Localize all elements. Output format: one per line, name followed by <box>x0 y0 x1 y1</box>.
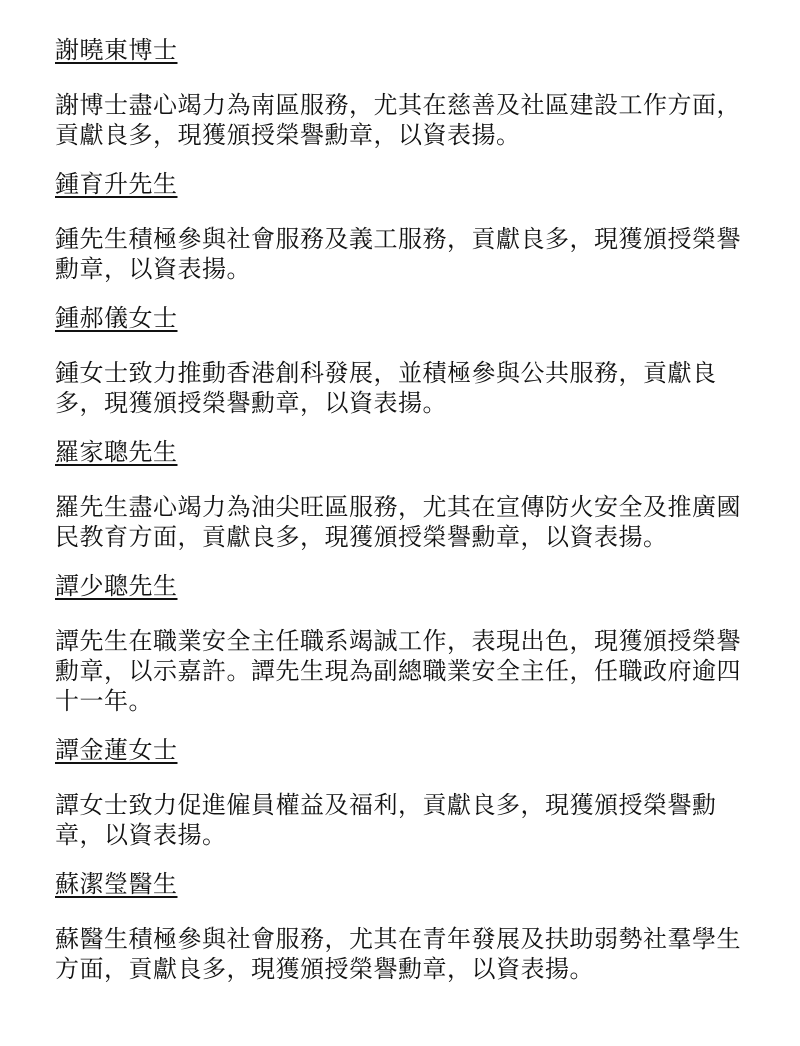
citation-line: 蘇醫生積極參與社會服務，尤其在青年發展及扶助弱勢社羣學生 <box>55 925 746 955</box>
citation-paragraph: 鍾先生積極參與社會服務及義工服務，貢獻良多，現獲頒授榮譽 勳章，以資表揚。 <box>55 225 746 285</box>
citation-line: 貢獻良多，現獲頒授榮譽勳章，以資表揚。 <box>55 121 746 151</box>
honouree-entry: 譚少聰先生 譚先生在職業安全主任職系竭誠工作，表現出色，現獲頒授榮譽 勳章，以示… <box>55 572 746 717</box>
citation-line: 方面，貢獻良多，現獲頒授榮譽勳章，以資表揚。 <box>55 955 746 985</box>
citation-paragraph: 謝博士盡心竭力為南區服務，尤其在慈善及社區建設工作方面， 貢獻良多，現獲頒授榮譽… <box>55 91 746 151</box>
citation-line: 譚先生在職業安全主任職系竭誠工作，表現出色，現獲頒授榮譽 <box>55 627 746 657</box>
honouree-entry: 譚金蓮女士 譚女士致力促進僱員權益及福利，貢獻良多，現獲頒授榮譽勳 章，以資表揚… <box>55 736 746 851</box>
citation-line: 譚女士致力促進僱員權益及福利，貢獻良多，現獲頒授榮譽勳 <box>55 791 746 821</box>
citation-line: 勳章，以資表揚。 <box>55 255 746 285</box>
citation-line: 勳章，以示嘉許。譚先生現為副總職業安全主任，任職政府逾四 <box>55 657 746 687</box>
honouree-name: 蘇潔瑩醫生 <box>55 870 746 900</box>
citation-paragraph: 譚女士致力促進僱員權益及福利，貢獻良多，現獲頒授榮譽勳 章，以資表揚。 <box>55 791 746 851</box>
honouree-name: 鍾郝儀女士 <box>55 304 746 334</box>
honouree-name: 羅家聰先生 <box>55 438 746 468</box>
honouree-entry: 蘇潔瑩醫生 蘇醫生積極參與社會服務，尤其在青年發展及扶助弱勢社羣學生 方面，貢獻… <box>55 870 746 985</box>
honouree-entry: 鍾育升先生 鍾先生積極參與社會服務及義工服務，貢獻良多，現獲頒授榮譽 勳章，以資… <box>55 170 746 285</box>
document-page: 謝曉東博士 謝博士盡心竭力為南區服務，尤其在慈善及社區建設工作方面， 貢獻良多，… <box>0 0 800 1046</box>
honouree-entry: 鍾郝儀女士 鍾女士致力推動香港創科發展，並積極參與公共服務，貢獻良 多，現獲頒授… <box>55 304 746 419</box>
honouree-name: 譚少聰先生 <box>55 572 746 602</box>
citation-paragraph: 羅先生盡心竭力為油尖旺區服務，尤其在宣傳防火安全及推廣國 民教育方面，貢獻良多，… <box>55 493 746 553</box>
honouree-entry: 謝曉東博士 謝博士盡心竭力為南區服務，尤其在慈善及社區建設工作方面， 貢獻良多，… <box>55 36 746 151</box>
citation-line: 十一年。 <box>55 687 746 717</box>
citation-line: 章，以資表揚。 <box>55 821 746 851</box>
citation-line: 鍾女士致力推動香港創科發展，並積極參與公共服務，貢獻良 <box>55 359 746 389</box>
citation-line: 謝博士盡心竭力為南區服務，尤其在慈善及社區建設工作方面， <box>55 91 746 121</box>
citation-paragraph: 鍾女士致力推動香港創科發展，並積極參與公共服務，貢獻良 多，現獲頒授榮譽勳章，以… <box>55 359 746 419</box>
citation-line: 羅先生盡心竭力為油尖旺區服務，尤其在宣傳防火安全及推廣國 <box>55 493 746 523</box>
honouree-name: 謝曉東博士 <box>55 36 746 66</box>
citation-paragraph: 譚先生在職業安全主任職系竭誠工作，表現出色，現獲頒授榮譽 勳章，以示嘉許。譚先生… <box>55 627 746 717</box>
honouree-name: 譚金蓮女士 <box>55 736 746 766</box>
citation-line: 民教育方面，貢獻良多，現獲頒授榮譽勳章，以資表揚。 <box>55 523 746 553</box>
citation-paragraph: 蘇醫生積極參與社會服務，尤其在青年發展及扶助弱勢社羣學生 方面，貢獻良多，現獲頒… <box>55 925 746 985</box>
honouree-name: 鍾育升先生 <box>55 170 746 200</box>
citation-line: 多，現獲頒授榮譽勳章，以資表揚。 <box>55 389 746 419</box>
citation-line: 鍾先生積極參與社會服務及義工服務，貢獻良多，現獲頒授榮譽 <box>55 225 746 255</box>
honouree-entry: 羅家聰先生 羅先生盡心竭力為油尖旺區服務，尤其在宣傳防火安全及推廣國 民教育方面… <box>55 438 746 553</box>
